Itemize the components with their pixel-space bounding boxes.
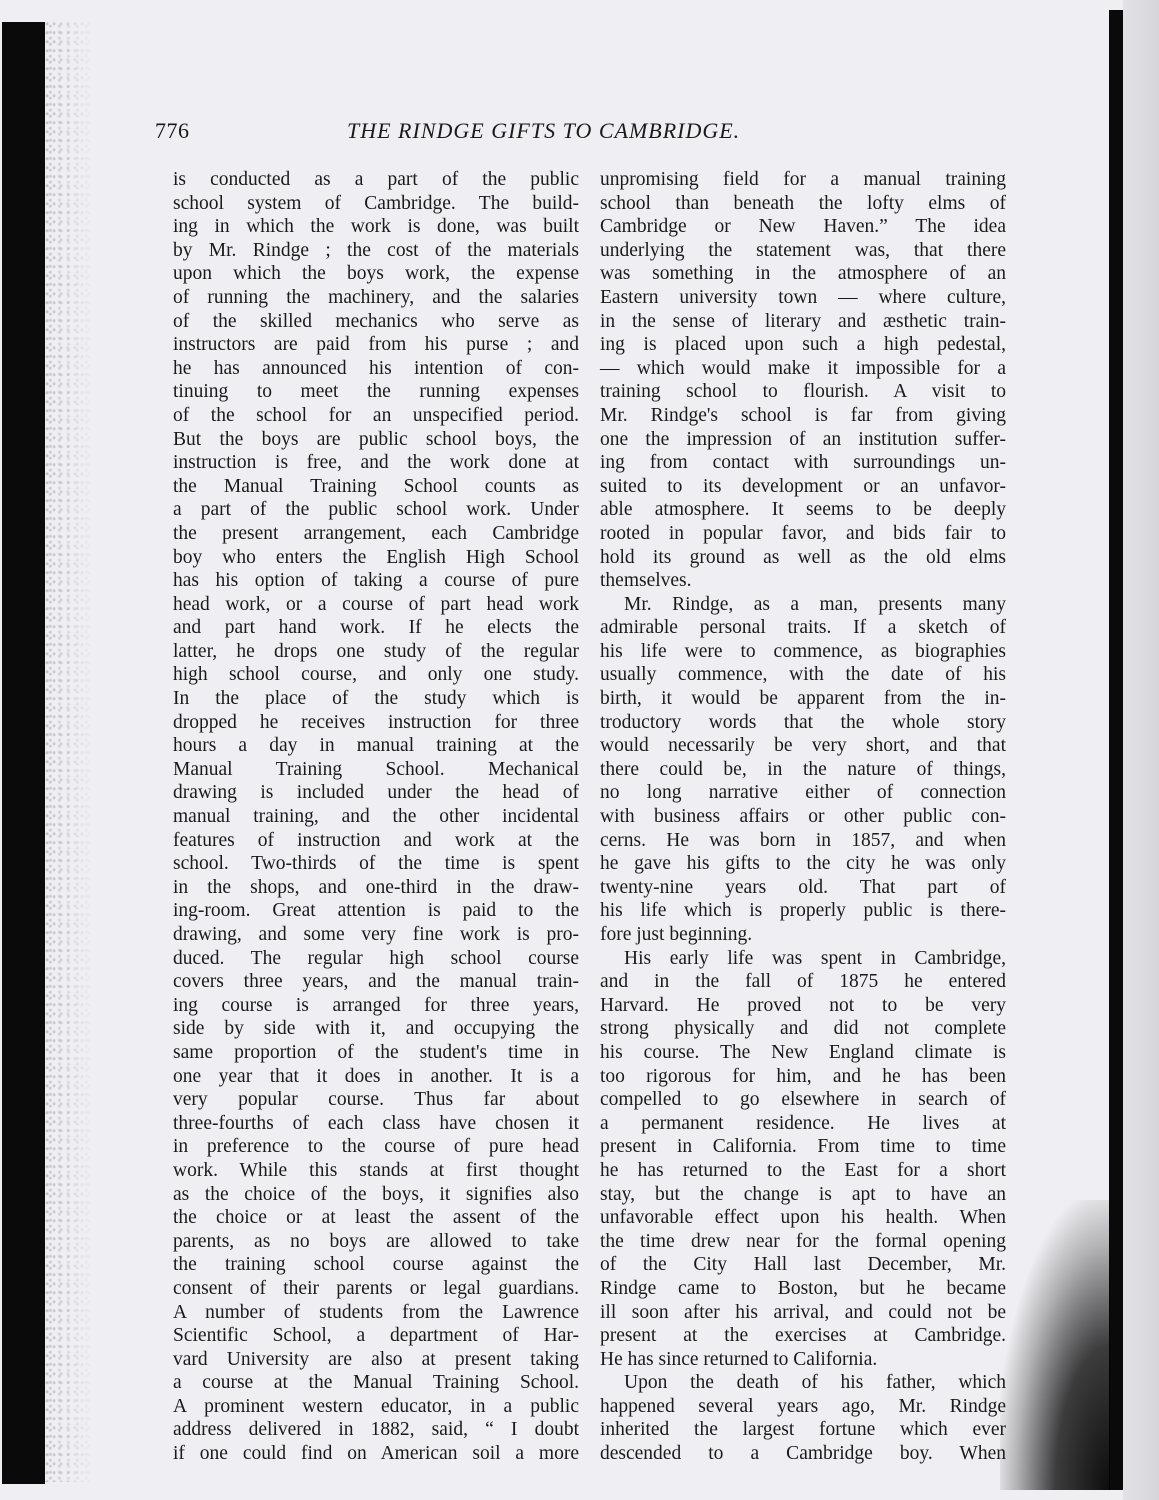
text-line: upon which the boys work, the expense: [173, 262, 579, 286]
text-line: hold its ground as well as the old elms: [600, 546, 1006, 570]
text-line: consent of their parents or legal guardi…: [173, 1277, 579, 1301]
text-line: three-fourths of each class have chosen …: [173, 1112, 579, 1136]
text-line: stay, but the change is apt to have an: [600, 1183, 1006, 1207]
text-line: covers three years, and the manual train…: [173, 970, 579, 994]
text-line: would necessarily be very short, and tha…: [600, 734, 1006, 758]
scan-smudge-bottom-right: [1000, 1200, 1110, 1490]
text-line: and in the fall of 1875 he entered: [600, 970, 1006, 994]
text-line: there could be, in the nature of things,: [600, 758, 1006, 782]
scanned-page: 776 THE RINDGE GIFTS TO CAMBRIDGE. is co…: [0, 0, 1159, 1500]
text-line: tinuing to meet the running expenses: [173, 380, 579, 404]
text-line: ill soon after his arrival, and could no…: [600, 1301, 1006, 1325]
text-line: happened several years ago, Mr. Rindge: [600, 1395, 1006, 1419]
text-line: boy who enters the English High School: [173, 546, 579, 570]
text-line: head work, or a course of part head work: [173, 593, 579, 617]
text-line: no long narrative either of connection: [600, 781, 1006, 805]
text-line: ing from contact with surroundings un-: [600, 451, 1006, 475]
text-line: a part of the public school work. Under: [173, 498, 579, 522]
text-line: Cambridge or New Haven.” The idea: [600, 215, 1006, 239]
text-line: of running the machinery, and the salari…: [173, 286, 579, 310]
text-line: strong physically and did not complete: [600, 1017, 1006, 1041]
text-line: drawing is included under the head of: [173, 781, 579, 805]
text-line: of the school for an unspecified period.: [173, 404, 579, 428]
text-line: side by side with it, and occupying the: [173, 1017, 579, 1041]
text-line: of the City Hall last December, Mr.: [600, 1253, 1006, 1277]
text-line: compelled to go elsewhere in search of: [600, 1088, 1006, 1112]
text-line: instructors are paid from his purse ; an…: [173, 333, 579, 357]
running-header: 776 THE RINDGE GIFTS TO CAMBRIDGE.: [155, 118, 1015, 150]
text-line: if one could find on American soil a mor…: [173, 1442, 579, 1466]
text-line: present in California. From time to time: [600, 1135, 1006, 1159]
text-line: he has returned to the East for a short: [600, 1159, 1006, 1183]
text-line: twenty-nine years old. That part of: [600, 876, 1006, 900]
text-line: Manual Training School. Mechanical: [173, 758, 579, 782]
text-line: very popular course. Thus far about: [173, 1088, 579, 1112]
text-line: school system of Cambridge. The build-: [173, 192, 579, 216]
text-line: dropped he receives instruction for thre…: [173, 711, 579, 735]
text-line: his life which is properly public is the…: [600, 899, 1006, 923]
text-line: with business affairs or other public co…: [600, 805, 1006, 829]
text-line: instruction is free, and the work done a…: [173, 451, 579, 475]
text-line: But the boys are public school boys, the: [173, 428, 579, 452]
text-line: school. Two-thirds of the time is spent: [173, 852, 579, 876]
text-line: too rigorous for him, and he has been: [600, 1065, 1006, 1089]
text-line: and part hand work. If he elects the: [173, 616, 579, 640]
text-line: rooted in popular favor, and bids fair t…: [600, 522, 1006, 546]
text-line: Mr. Rindge's school is far from giving: [600, 404, 1006, 428]
text-line: the time drew near for the formal openin…: [600, 1230, 1006, 1254]
text-line: has his option of taking a course of pur…: [173, 569, 579, 593]
text-line: Rindge came to Boston, but he became: [600, 1277, 1006, 1301]
text-line: the present arrangement, each Cambridge: [173, 522, 579, 546]
text-line: cerns. He was born in 1857, and when: [600, 829, 1006, 853]
text-line: as the choice of the boys, it signifies …: [173, 1183, 579, 1207]
text-line: latter, he drops one study of the regula…: [173, 640, 579, 664]
text-line: by Mr. Rindge ; the cost of the material…: [173, 239, 579, 263]
text-line: inherited the largest fortune which ever: [600, 1418, 1006, 1442]
scan-border-left: [2, 22, 45, 1484]
text-line: address delivered in 1882, said, “ I dou…: [173, 1418, 579, 1442]
text-line: duced. The regular high school course: [173, 947, 579, 971]
text-line: training school to flourish. A visit to: [600, 380, 1006, 404]
text-line: present at the exercises at Cambridge.: [600, 1324, 1006, 1348]
text-line: parents, as no boys are allowed to take: [173, 1230, 579, 1254]
text-line: his life were to commence, as biographie…: [600, 640, 1006, 664]
text-line: is conducted as a part of the public: [173, 168, 579, 192]
text-line: descended to a Cambridge boy. When: [600, 1442, 1006, 1466]
text-line: he gave his gifts to the city he was onl…: [600, 852, 1006, 876]
text-line: high school course, and only one study.: [173, 663, 579, 687]
running-title: THE RINDGE GIFTS TO CAMBRIDGE.: [347, 118, 740, 144]
text-line: A number of students from the Lawrence: [173, 1301, 579, 1325]
text-line: Eastern university town — where culture,: [600, 286, 1006, 310]
text-line: ing is placed upon such a high pedestal,: [600, 333, 1006, 357]
scan-noise-left: [45, 22, 95, 1482]
text-line: features of instruction and work at the: [173, 829, 579, 853]
text-line: themselves.: [600, 569, 1006, 593]
text-line: manual training, and the other incidenta…: [173, 805, 579, 829]
text-line: he has announced his intention of con-: [173, 357, 579, 381]
text-line: ing course is arranged for three years,: [173, 994, 579, 1018]
text-line: troductory words that the whole story: [600, 711, 1006, 735]
text-line: unpromising field for a manual training: [600, 168, 1006, 192]
scan-border-right: [1109, 10, 1123, 1490]
text-line: in the shops, and one-third in the draw-: [173, 876, 579, 900]
text-line: suited to its development or an unfavor-: [600, 475, 1006, 499]
text-line: hours a day in manual training at the: [173, 734, 579, 758]
text-line: his course. The New England climate is: [600, 1041, 1006, 1065]
text-line: He has since returned to California.: [600, 1348, 1006, 1372]
page-number: 776: [155, 118, 190, 144]
text-line: work. While this stands at first thought: [173, 1159, 579, 1183]
text-line: school than beneath the lofty elms of: [600, 192, 1006, 216]
text-line: A prominent western educator, in a publi…: [173, 1395, 579, 1419]
text-line: ing in which the work is done, was built: [173, 215, 579, 239]
text-line: same proportion of the student's time in: [173, 1041, 579, 1065]
text-line: in preference to the course of pure head: [173, 1135, 579, 1159]
text-line: a permanent residence. He lives at: [600, 1112, 1006, 1136]
text-line: the training school course against the: [173, 1253, 579, 1277]
text-line: of the skilled mechanics who serve as: [173, 310, 579, 334]
text-line: fore just beginning.: [600, 923, 1006, 947]
text-line: one year that it does in another. It is …: [173, 1065, 579, 1089]
text-line: the Manual Training School counts as: [173, 475, 579, 499]
text-line: vard University are also at present taki…: [173, 1348, 579, 1372]
text-line: in the sense of literary and æsthetic tr…: [600, 310, 1006, 334]
text-line: was something in the atmosphere of an: [600, 262, 1006, 286]
text-line: His early life was spent in Cambridge,: [600, 947, 1006, 971]
text-column-left: is conducted as a part of the publicscho…: [173, 168, 579, 1466]
text-line: usually commence, with the date of his: [600, 663, 1006, 687]
text-line: unfavorable effect upon his health. When: [600, 1206, 1006, 1230]
text-line: Upon the death of his father, which: [600, 1371, 1006, 1395]
text-line: Mr. Rindge, as a man, presents many: [600, 593, 1006, 617]
text-column-right: unpromising field for a manual trainings…: [600, 168, 1006, 1466]
text-line: Harvard. He proved not to be very: [600, 994, 1006, 1018]
text-line: — which would make it impossible for a: [600, 357, 1006, 381]
text-line: drawing, and some very fine work is pro-: [173, 923, 579, 947]
text-line: ing-room. Great attention is paid to the: [173, 899, 579, 923]
text-line: Scientific School, a department of Har-: [173, 1324, 579, 1348]
text-line: birth, it would be apparent from the in-: [600, 687, 1006, 711]
text-line: able atmosphere. It seems to be deeply: [600, 498, 1006, 522]
text-line: a course at the Manual Training School.: [173, 1371, 579, 1395]
text-line: the choice or at least the assent of the: [173, 1206, 579, 1230]
text-line: admirable personal traits. If a sketch o…: [600, 616, 1006, 640]
text-line: In the place of the study which is: [173, 687, 579, 711]
page-edge-right: [1123, 0, 1159, 1500]
text-line: one the impression of an institution suf…: [600, 428, 1006, 452]
text-line: underlying the statement was, that there: [600, 239, 1006, 263]
